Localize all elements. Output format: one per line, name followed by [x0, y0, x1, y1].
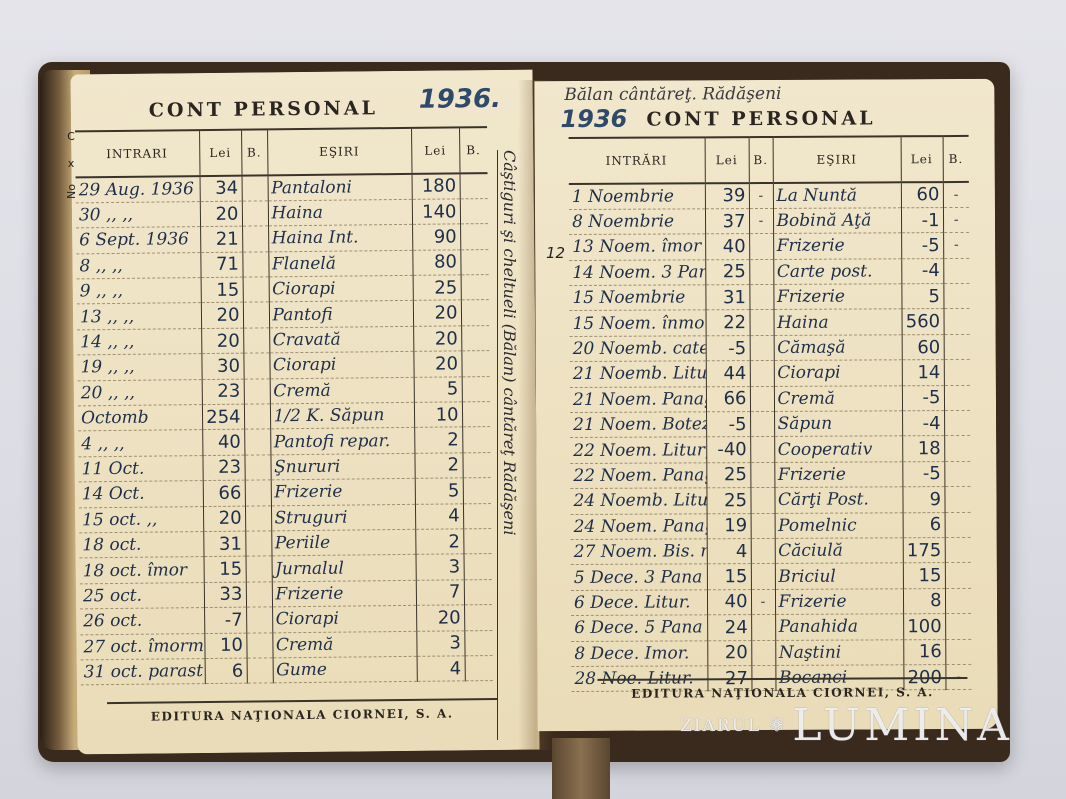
income-bani — [751, 615, 775, 641]
expense-lei: 4 — [417, 656, 465, 682]
entry-date: 20 ,, ,, — [78, 379, 202, 406]
entry-date: 26 oct. — [80, 608, 204, 635]
ledger-row: 24 Noem. Panagh.19Pomelnic6 — [571, 512, 971, 539]
expense-bani — [463, 478, 491, 504]
expense-lei: 90 — [412, 224, 460, 250]
income-bani — [751, 564, 775, 590]
ledger-row: 21 Noem. Panag.66Cremă-5 — [570, 385, 970, 412]
income-lei: 30 — [201, 353, 243, 379]
expense-item: Ciorapi — [269, 352, 413, 379]
income-lei: 15 — [204, 556, 246, 582]
ledger-row: 6 Dece. 5 Pana24Panahida100 — [571, 614, 971, 641]
ledger-row: 24 Noemb. Liturg.25Cărţi Post.9 — [570, 487, 970, 514]
expense-bani — [464, 605, 492, 631]
col-lei-in: Lei — [705, 137, 749, 183]
expense-item: Frizerie — [272, 580, 416, 607]
expense-item: Struguri — [271, 504, 415, 531]
entry-date: 8 Dece. Imor. — [571, 640, 707, 666]
col-intrari: INTRARI — [75, 130, 199, 177]
expense-bani — [462, 402, 490, 428]
entry-date: 30 ,, ,, — [76, 201, 200, 228]
entry-date: 18 oct. — [79, 532, 203, 559]
expense-bani — [462, 427, 490, 453]
income-lei: 20 — [201, 303, 243, 329]
expense-lei: 3 — [416, 554, 464, 580]
entry-date: 18 oct. îmor — [80, 557, 204, 584]
income-lei: 40 — [707, 589, 751, 615]
income-lei: 20 — [203, 506, 245, 532]
income-lei: 254 — [202, 404, 244, 430]
expense-lei: 2 — [415, 529, 463, 555]
income-lei: 20 — [201, 328, 243, 354]
income-bani — [751, 640, 775, 666]
entry-date: 24 Noem. Panagh. — [571, 513, 707, 539]
income-lei: 23 — [202, 379, 244, 405]
entry-date: 11 Oct. — [78, 455, 202, 482]
ledger-row: 31 oct. parast6Gume4 — [81, 655, 493, 685]
expense-item: Cremă — [270, 377, 414, 404]
income-lei: 10 — [204, 633, 246, 659]
ledger-row: 8 Dece. Imor.20Naştini16 — [571, 639, 971, 666]
income-lei: 25 — [706, 462, 750, 488]
expense-lei: 175 — [903, 538, 945, 564]
income-bani — [749, 259, 773, 285]
expense-bani — [463, 503, 491, 529]
expense-item: Cremă — [774, 385, 902, 411]
entry-date: 9 ,, ,, — [77, 278, 201, 305]
ledger-row: 1 Noembrie39-La Nuntă60- — [569, 182, 969, 209]
income-lei: 31 — [705, 285, 749, 311]
income-bani — [246, 632, 272, 658]
entry-date: 6 Dece. 5 Pana — [571, 615, 707, 641]
right-ledger-table: INTRĂRI Lei B. EŞIRI Lei B. 1 Noembrie39… — [569, 135, 972, 692]
income-bani — [243, 277, 269, 303]
expense-lei: 80 — [412, 250, 460, 276]
income-lei: 37 — [705, 208, 749, 234]
left-year-annotation: 1936. — [419, 84, 502, 115]
expense-bani — [461, 275, 489, 301]
ledger-row: 5 Dece. 3 Pana15Briciul15 — [571, 563, 971, 590]
left-page-title: CONT PERSONAL — [149, 97, 378, 121]
expense-item: Pantofi — [269, 301, 413, 328]
entry-date: 13 ,, ,, — [77, 303, 201, 330]
expense-item: Pantaloni — [268, 174, 412, 201]
income-lei: 19 — [707, 513, 751, 539]
ledger-row: 21 Noem. Botez-5Săpun-4 — [570, 410, 970, 437]
owner-annotation: Bălan cântăreţ. Rădăşeni — [564, 84, 781, 105]
expense-bani — [460, 224, 488, 250]
income-bani: - — [749, 208, 773, 234]
expense-item: Pomelnic — [775, 512, 903, 538]
col-b-out: B. — [459, 127, 487, 173]
income-lei: 33 — [204, 582, 246, 608]
ledger-row: 14 Noem. 3 Panagh.25Carte post.-4 — [569, 258, 969, 285]
income-lei: 66 — [706, 386, 750, 412]
col-lei-out: Lei — [901, 136, 943, 182]
income-bani — [244, 429, 270, 455]
left-page: CONT PERSONAL 1936. INTRARI Lei B. EŞIRI… — [70, 70, 539, 755]
expense-lei: 180 — [412, 173, 460, 199]
income-lei: 66 — [203, 480, 245, 506]
income-lei: 23 — [202, 455, 244, 481]
income-bani — [750, 462, 774, 488]
income-lei: 34 — [200, 176, 242, 202]
income-lei: 71 — [200, 252, 242, 278]
expense-bani — [464, 630, 492, 656]
ledger-row: 15 Noembrie31Frizerie5 — [569, 283, 969, 310]
ledger-row: 20 Noemb. catedr.-5Cămaşă60 — [570, 334, 970, 361]
left-ledger-table: INTRARI Lei B. EŞIRI Lei B. 29 Aug. 1936… — [75, 126, 493, 686]
col-b-in: B. — [749, 137, 773, 183]
income-bani — [245, 480, 271, 506]
expense-lei: -4 — [902, 411, 944, 437]
income-bani — [750, 386, 774, 412]
expense-item: Cămaşă — [774, 335, 902, 361]
expense-bani — [943, 258, 969, 284]
entry-date: 14 ,, ,, — [77, 328, 201, 355]
expense-lei: 18 — [902, 436, 944, 462]
left-header-row: INTRARI Lei B. EŞIRI Lei B. — [75, 127, 487, 177]
income-bani: - — [749, 183, 773, 209]
expense-item: Cravată — [269, 326, 413, 353]
expense-bani — [461, 325, 489, 351]
expense-lei: 60 — [902, 334, 944, 360]
expense-bani — [464, 579, 492, 605]
expense-lei: 14 — [902, 360, 944, 386]
income-lei: 44 — [706, 361, 750, 387]
entry-date: 21 Noemb. Litur. — [570, 361, 706, 387]
ledger-row: 6 Dece. Litur.40-Frizerie8 — [571, 588, 971, 615]
expense-item: Haina — [774, 309, 902, 335]
income-bani — [242, 252, 268, 278]
income-lei: 25 — [706, 488, 750, 514]
ledger-row: 15 Noem. înmorm.22Haina560 — [570, 309, 970, 336]
entry-date: 8 Noembrie — [569, 209, 705, 235]
ledger-row: 8 Noembrie37-Bobină Aţă-1- — [569, 207, 969, 234]
income-lei: -5 — [706, 412, 750, 438]
expense-bani — [463, 554, 491, 580]
col-intrari: INTRĂRI — [569, 137, 705, 184]
col-b-in: B. — [241, 129, 267, 175]
entry-date: 20 Noemb. catedr. — [570, 336, 706, 362]
entry-date: 6 Sept. 1936 — [76, 227, 200, 254]
vertical-margin-note: Câştiguri şi cheltueli (Bălan) cântăreţ … — [497, 150, 519, 740]
expense-item: Ciorapi — [269, 275, 413, 302]
right-year-annotation: 1936 — [560, 105, 627, 133]
income-bani — [246, 607, 272, 633]
income-bani — [750, 488, 774, 514]
right-page-footer: EDITURA NAŢIONALA CIORNEI, S. A. — [597, 677, 967, 701]
entry-date: 15 Noem. înmorm. — [570, 310, 706, 336]
entry-date: 13 Noem. îmor — [569, 234, 705, 260]
income-lei: 4 — [707, 539, 751, 565]
entry-date: 1 Noembrie — [569, 183, 705, 209]
expense-bani: - — [943, 207, 969, 233]
expense-lei: 140 — [412, 199, 460, 225]
expense-item: Carte post. — [773, 258, 901, 284]
entry-date: 4 ,, ,, — [78, 430, 202, 457]
income-bani — [242, 175, 268, 201]
expense-item: La Nuntă — [773, 182, 901, 208]
expense-item: Bobină Aţă — [773, 208, 901, 234]
expense-lei: -5 — [902, 461, 944, 487]
ledger-row: 22 Noem. Panagh.25Frizerie-5 — [570, 461, 970, 488]
expense-lei: 6 — [903, 512, 945, 538]
col-esiri: EŞIRI — [773, 136, 901, 183]
expense-lei: 15 — [903, 563, 945, 589]
entry-date: 31 oct. parast — [81, 658, 205, 685]
expense-lei: 8 — [903, 588, 945, 614]
expense-item: Cooperativ — [774, 436, 902, 462]
expense-item: Şnururi — [270, 453, 414, 480]
income-bani — [750, 335, 774, 361]
entry-date: 15 oct. ,, — [79, 506, 203, 533]
income-bani — [749, 234, 773, 260]
expense-bani — [945, 563, 971, 589]
expense-bani — [461, 351, 489, 377]
expense-item: Ciorapi — [774, 360, 902, 386]
expense-bani — [945, 639, 971, 665]
income-lei: 15 — [707, 564, 751, 590]
income-bani — [243, 353, 269, 379]
expense-bani — [463, 529, 491, 555]
expense-item: Frizerie — [773, 233, 901, 259]
expense-bani: - — [943, 233, 969, 259]
expense-item: 1/2 K. Săpun — [270, 402, 414, 429]
expense-bani — [945, 588, 971, 614]
income-lei: -40 — [706, 437, 750, 463]
margin-page-number: 12 — [546, 244, 565, 262]
income-lei: 25 — [705, 259, 749, 285]
entry-date: 19 ,, ,, — [77, 354, 201, 381]
entry-date: 5 Dece. 3 Pana — [571, 564, 707, 590]
entry-date: 27 Noem. Bis. m. — [571, 539, 707, 565]
expense-lei: -4 — [901, 258, 943, 284]
expense-bani — [944, 487, 970, 513]
income-lei: 20 — [707, 640, 751, 666]
expense-bani: - — [943, 182, 969, 208]
income-bani — [243, 328, 269, 354]
income-lei: 15 — [201, 277, 243, 303]
watermark-prefix: ZIARUL — [680, 716, 761, 736]
expense-lei: 5 — [414, 376, 462, 402]
expense-bani — [461, 300, 489, 326]
expense-lei: 20 — [413, 326, 461, 352]
expense-bani — [944, 436, 970, 462]
expense-lei: 60 — [901, 182, 943, 208]
expense-item: Jurnalul — [272, 555, 416, 582]
entry-date: 25 oct. — [80, 582, 204, 609]
income-bani — [242, 201, 268, 227]
expense-lei: 5 — [901, 284, 943, 310]
right-page-title: CONT PERSONAL — [646, 107, 875, 130]
right-page: Bălan cântăreţ. Rădăşeni 1936 CONT PERSO… — [534, 79, 997, 731]
tab-letter-x: x — [68, 157, 75, 170]
expense-lei: 20 — [413, 351, 461, 377]
expense-lei: 2 — [414, 427, 462, 453]
entry-date: 14 Oct. — [79, 481, 203, 508]
expense-bani — [460, 198, 488, 224]
expense-lei: 16 — [903, 639, 945, 665]
expense-lei: 2 — [414, 453, 462, 479]
tab-letter-c: C — [67, 130, 75, 143]
income-lei: 40 — [202, 430, 244, 456]
ledger-row: 13 Noem. îmor40Frizerie-5- — [569, 233, 969, 260]
entry-date: 21 Noem. Panag. — [570, 386, 706, 412]
entry-date: 29 Aug. 1936 — [76, 176, 200, 203]
income-bani — [749, 285, 773, 311]
expense-bani — [462, 376, 490, 402]
income-lei: 22 — [706, 310, 750, 336]
index-tab-strip: C x No — [60, 130, 82, 240]
expense-lei: -1 — [901, 207, 943, 233]
expense-item: Panahida — [775, 614, 903, 640]
income-bani — [751, 513, 775, 539]
expense-bani — [465, 655, 493, 681]
expense-bani — [945, 614, 971, 640]
col-lei-in: Lei — [199, 130, 241, 176]
income-lei: 31 — [203, 531, 245, 557]
expense-bani — [460, 249, 488, 275]
income-bani — [246, 582, 272, 608]
expense-bani — [945, 537, 971, 563]
bookmark-ribbon — [552, 738, 610, 799]
expense-bani — [944, 461, 970, 487]
col-b-out: B. — [943, 136, 969, 182]
expense-item: Săpun — [774, 411, 902, 437]
income-bani — [244, 404, 270, 430]
expense-lei: -5 — [902, 385, 944, 411]
expense-lei: 10 — [414, 402, 462, 428]
expense-item: Haina Int. — [268, 225, 412, 252]
expense-item: Haina — [268, 199, 412, 226]
expense-bani — [943, 309, 969, 335]
expense-bani — [945, 512, 971, 538]
entry-date: 22 Noem. Panagh. — [570, 463, 706, 489]
income-bani — [750, 437, 774, 463]
entry-date: 27 oct. îmorm. — [80, 633, 204, 660]
income-lei: 20 — [200, 201, 242, 227]
income-bani: - — [751, 589, 775, 615]
expense-item: Ciorapi — [272, 605, 416, 632]
expense-lei: 3 — [416, 630, 464, 656]
income-bani — [247, 658, 273, 684]
income-bani — [244, 378, 270, 404]
expense-lei: 560 — [902, 309, 944, 335]
expense-bani — [460, 173, 488, 199]
income-bani — [245, 505, 271, 531]
entry-date: 14 Noem. 3 Panagh. — [569, 259, 705, 285]
tab-letter-no: No — [65, 184, 78, 199]
watermark-emblem-icon: ❁ — [769, 715, 784, 736]
ledger-row: 21 Noemb. Litur.44Ciorapi14 — [570, 360, 970, 387]
entry-date: 24 Noemb. Liturg. — [570, 488, 706, 514]
entry-date: 15 Noembrie — [569, 285, 705, 311]
expense-lei: 9 — [902, 487, 944, 513]
expense-bani — [944, 360, 970, 386]
expense-item: Pantofi repar. — [270, 428, 414, 455]
expense-lei: -5 — [901, 233, 943, 259]
right-header-row: INTRĂRI Lei B. EŞIRI Lei B. — [569, 136, 969, 184]
expense-lei: 100 — [903, 614, 945, 640]
expense-bani — [944, 385, 970, 411]
watermark-name: LUMINA — [792, 700, 1013, 751]
income-lei: 40 — [705, 234, 749, 260]
expense-bani — [944, 410, 970, 436]
expense-item: Periile — [271, 529, 415, 556]
income-lei: 39 — [705, 183, 749, 209]
expense-lei: 25 — [413, 275, 461, 301]
col-lei-out: Lei — [411, 127, 459, 174]
income-bani — [245, 531, 271, 557]
income-bani — [750, 411, 774, 437]
income-bani — [243, 302, 269, 328]
publisher-watermark: ZIARUL ❁ LUMINA — [680, 700, 1013, 751]
expense-item: Gume — [273, 656, 417, 683]
income-lei: 24 — [707, 615, 751, 641]
expense-lei: 7 — [416, 580, 464, 606]
income-bani — [244, 455, 270, 481]
ledger-row: 22 Noem. Liturg.-40Cooperativ18 — [570, 436, 970, 463]
expense-item: Frizerie — [271, 479, 415, 506]
expense-item: Frizerie — [774, 462, 902, 488]
income-lei: 21 — [200, 226, 242, 252]
income-lei: -5 — [706, 335, 750, 361]
expense-item: Frizerie — [775, 589, 903, 615]
expense-lei: 5 — [415, 478, 463, 504]
expense-lei: 20 — [413, 300, 461, 326]
income-bani — [751, 538, 775, 564]
expense-item: Frizerie — [773, 284, 901, 310]
expense-item: Cremă — [272, 631, 416, 658]
expense-item: Flanelă — [268, 250, 412, 277]
expense-bani — [944, 334, 970, 360]
expense-item: Căciulă — [775, 538, 903, 564]
entry-date: Octomb — [78, 405, 202, 432]
expense-lei: 20 — [416, 605, 464, 631]
income-bani — [242, 226, 268, 252]
expense-item: Briciul — [775, 563, 903, 589]
left-page-footer: EDITURA NAŢIONALA CIORNEI, S. A. — [107, 698, 497, 724]
col-esiri: EŞIRI — [267, 128, 411, 176]
expense-bani — [943, 283, 969, 309]
ledger-row: 27 Noem. Bis. m.4Căciulă175 — [571, 537, 971, 564]
income-bani — [750, 361, 774, 387]
entry-date: 8 ,, ,, — [76, 252, 200, 279]
entry-date: 22 Noem. Liturg. — [570, 437, 706, 463]
expense-bani — [462, 452, 490, 478]
entry-date: 6 Dece. Litur. — [571, 590, 707, 616]
expense-item: Cărţi Post. — [774, 487, 902, 513]
income-bani — [750, 310, 774, 336]
income-bani — [246, 556, 272, 582]
expense-lei: 4 — [415, 503, 463, 529]
expense-item: Naştini — [775, 639, 903, 665]
income-lei: -7 — [204, 607, 246, 633]
income-lei: 6 — [205, 658, 247, 684]
entry-date: 21 Noem. Botez — [570, 412, 706, 438]
